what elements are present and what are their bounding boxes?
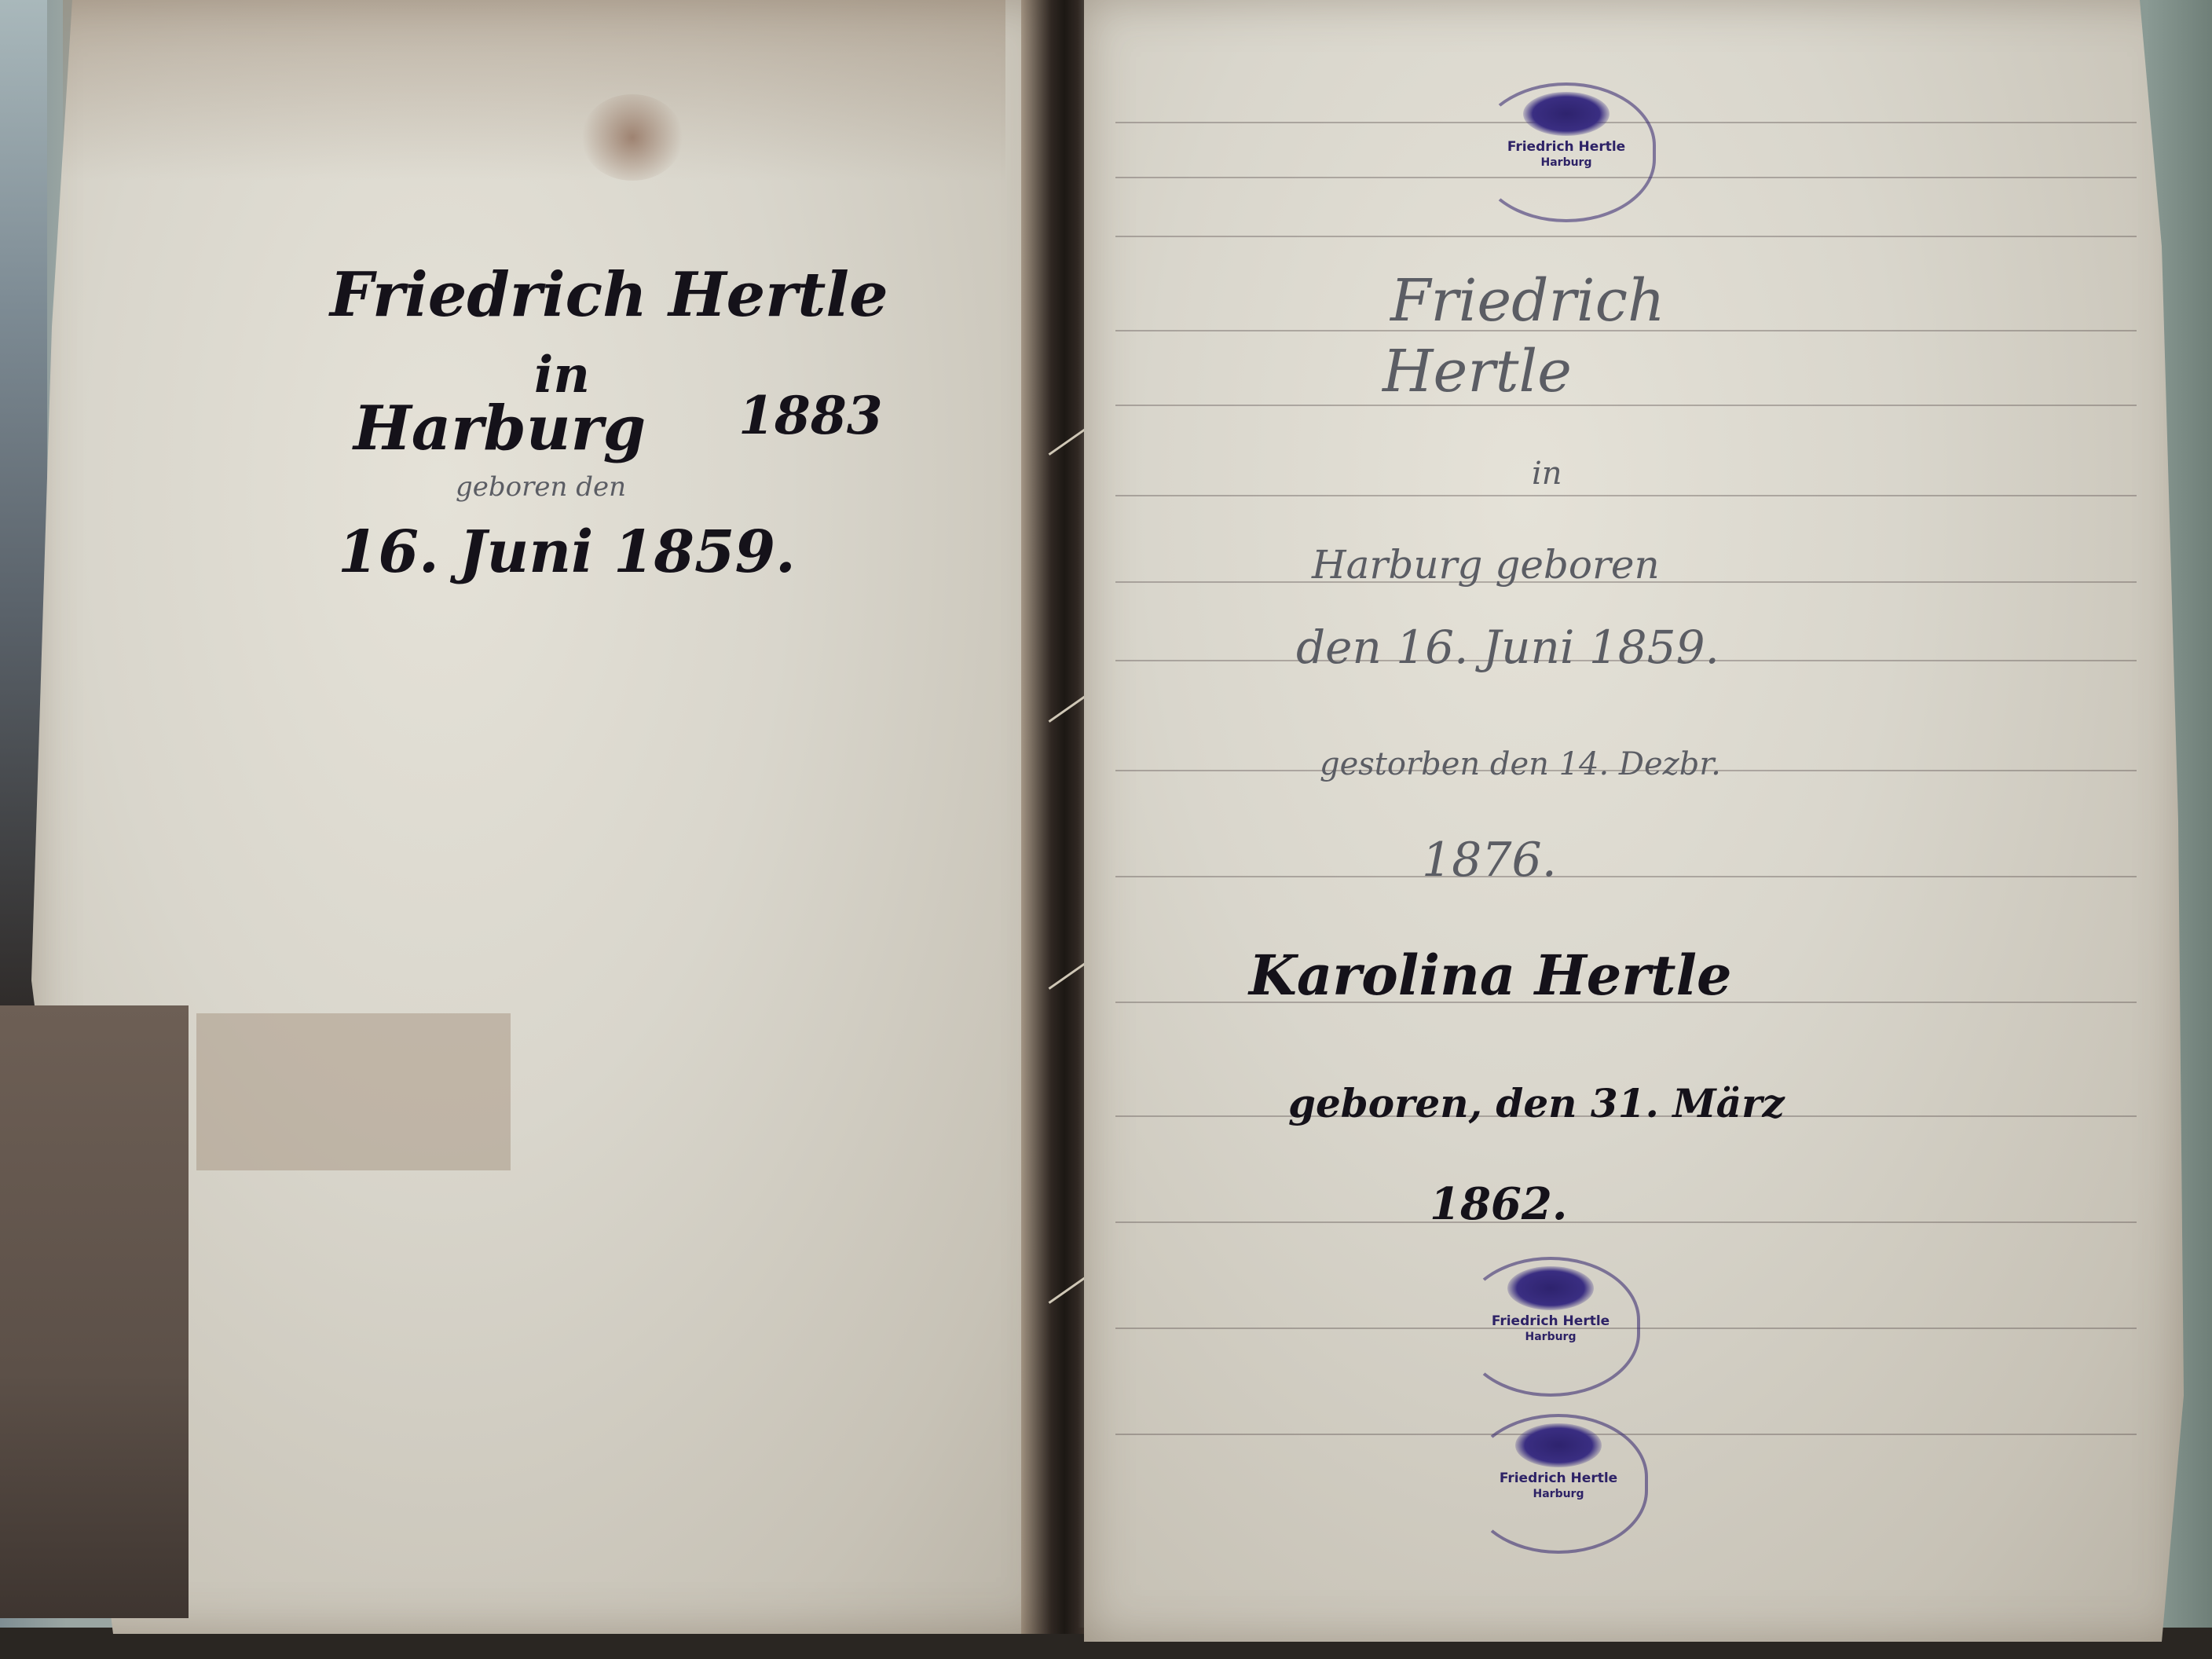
inscription-birthdate: 16. Juni 1859. xyxy=(338,518,796,586)
entry2-birthdate: geboren, den 31. März xyxy=(1288,1080,1785,1126)
right-page xyxy=(1084,0,2184,1642)
entry1-birthdate: den 16. Juni 1859. xyxy=(1296,621,1719,674)
ruled-line xyxy=(1115,876,2137,877)
entry1-surname: Hertle xyxy=(1382,338,1572,405)
ruled-line xyxy=(1115,236,2137,237)
inscription-place: Harburg xyxy=(353,393,646,464)
stamp-city: Harburg xyxy=(1464,1331,1637,1343)
stamp-name: Friedrich Hertle xyxy=(1464,1313,1637,1329)
entry1-place-born: Harburg geboren xyxy=(1312,542,1660,588)
water-stain-middle xyxy=(196,1013,511,1170)
damaged-corner-stain xyxy=(0,1005,189,1618)
ink-blot xyxy=(581,94,683,181)
entry1-died: gestorben den 14. Dezbr. xyxy=(1320,746,1721,782)
inscription-year: 1883 xyxy=(738,385,883,446)
stamp-name: Friedrich Hertle xyxy=(1480,139,1653,155)
eagle-emblem-icon xyxy=(1515,1423,1602,1467)
eagle-emblem-icon xyxy=(1507,1266,1594,1310)
ruled-line xyxy=(1115,495,2137,496)
stamp-city: Harburg xyxy=(1472,1488,1645,1500)
ruled-line xyxy=(1115,1221,2137,1223)
entry1-firstname: Friedrich xyxy=(1390,267,1665,335)
entry2-name: Karolina Hertle xyxy=(1249,943,1732,1008)
eagle-emblem-icon xyxy=(1523,92,1610,136)
inscription-name: Friedrich Hertle xyxy=(330,259,888,331)
stamp-city: Harburg xyxy=(1480,156,1653,169)
entry2-birth-year: 1862. xyxy=(1430,1178,1567,1230)
water-stain-top xyxy=(63,0,1005,181)
inscription-born: geboren den xyxy=(456,471,626,503)
ruled-line xyxy=(1115,405,2137,406)
entry1-in: in xyxy=(1532,456,1562,492)
stamp-name: Friedrich Hertle xyxy=(1472,1470,1645,1486)
owner-stamp-top: Friedrich Hertle Harburg xyxy=(1477,82,1656,222)
owner-stamp-middle: Friedrich Hertle Harburg xyxy=(1461,1257,1640,1397)
owner-stamp-bottom: Friedrich Hertle Harburg xyxy=(1469,1414,1648,1554)
entry1-death-year: 1876. xyxy=(1422,833,1557,888)
